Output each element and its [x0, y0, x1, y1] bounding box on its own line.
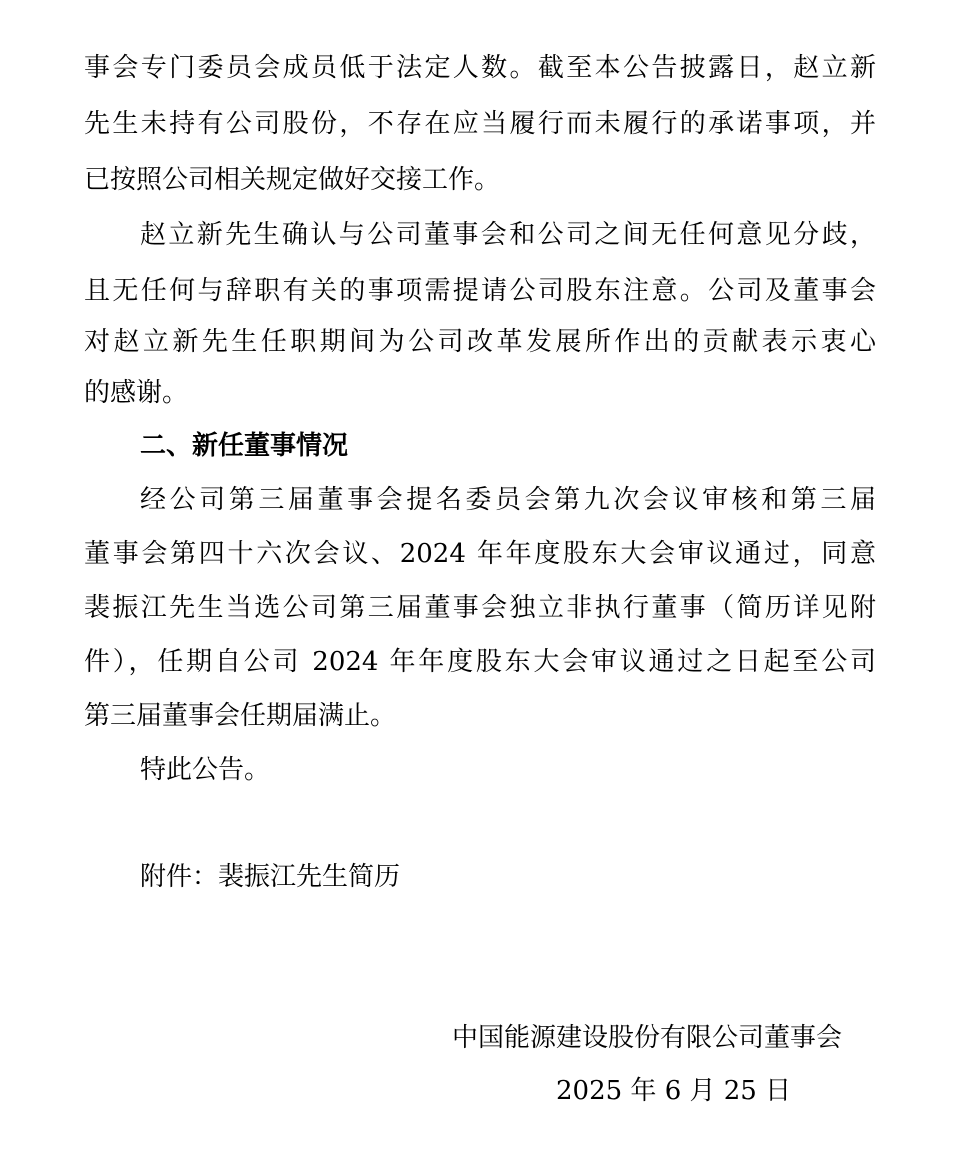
- signature-date: 2025 年 6 月 25 日: [556, 1074, 791, 1108]
- paragraph-line: 先生未持有公司股份，不存在应当履行而未履行的承诺事项，并: [84, 107, 876, 141]
- paragraph-line: 已按照公司相关规定做好交接工作。: [84, 163, 876, 197]
- signature-organization: 中国能源建设股份有限公司董事会: [452, 1021, 842, 1055]
- closing-statement: 特此公告。: [140, 753, 876, 787]
- paragraph-line: 的感谢。: [84, 376, 876, 410]
- section-heading: 二、新任董事情况: [140, 429, 348, 463]
- paragraph-line: 且无任何与辞职有关的事项需提请公司股东注意。公司及董事会: [84, 274, 876, 308]
- paragraph-line: 对赵立新先生任职期间为公司改革发展所作出的贡献表示衷心: [84, 325, 876, 359]
- paragraph-line: 赵立新先生确认与公司董事会和公司之间无任何意见分歧，: [140, 218, 876, 252]
- paragraph-line: 第三届董事会任期届满止。: [84, 699, 876, 733]
- paragraph-line: 件），任期自公司 2024 年年度股东大会审议通过之日起至公司: [84, 645, 876, 679]
- attachment-note: 附件：裴振江先生简历: [140, 860, 876, 894]
- paragraph-line: 董事会第四十六次会议、2024 年年度股东大会审议通过，同意: [84, 537, 876, 571]
- paragraph-line: 经公司第三届董事会提名委员会第九次会议审核和第三届: [140, 483, 876, 517]
- paragraph-line: 裴振江先生当选公司第三届董事会独立非执行董事（简历详见附: [84, 591, 876, 625]
- paragraph-line: 事会专门委员会成员低于法定人数。截至本公告披露日，赵立新: [84, 51, 876, 85]
